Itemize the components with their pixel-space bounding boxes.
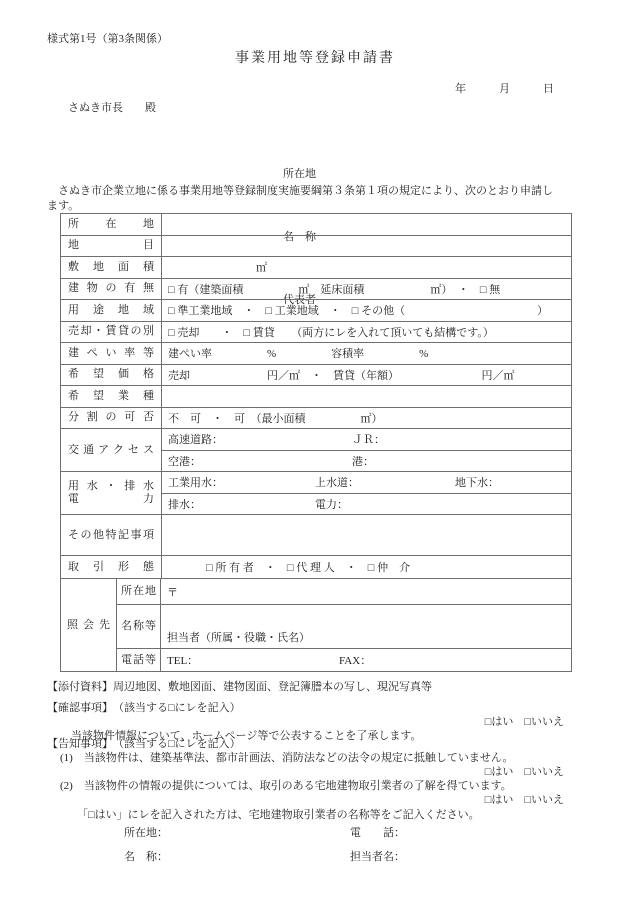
row-utilities-label-line2: 電力 [68, 493, 154, 506]
broker-phone-label: 電 話： [350, 826, 405, 840]
row-special-notes-value [162, 515, 571, 555]
utilities-subrow-1: 工業用水： 上水道： 地下水： [162, 472, 571, 493]
row-asking-price: 希望価格 売却 円／㎡ ・ 賃貸（年額） 円／㎡ [61, 365, 571, 387]
page-title: 事業用地等登録申請書 [0, 47, 630, 67]
row-zoning: 用途地域 □ 準工業地域 ・ □ 工業地域 ・ □ その他（ ） [61, 300, 571, 322]
row-zoning-label: 用途地域 [68, 304, 154, 317]
row-contact-group: 照会先 所在地 〒 名称等 担当者（所属・役職・氏名） 電話等 TEL： FA [61, 579, 571, 671]
confirmation-yes-no-checkboxes: □はい □いいえ [485, 715, 564, 729]
row-coverage-ratio: 建ぺい率等 建ぺい率 % 容積率 % [61, 343, 571, 365]
row-building-label: 建物の有無 [68, 282, 154, 295]
access-subrow-1: 高速道路： ＪＲ： [162, 429, 571, 450]
date-line: 年 月 日 [455, 80, 554, 96]
page: 様式第1号（第3条関係） 事業用地等登録申請書 年 月 日 さぬき市長 殿 所在… [0, 0, 630, 903]
row-access: 交通アクセス 高速道路： ＪＲ： 空港： 港： [61, 429, 571, 472]
waterworks-label: 上水道： [315, 474, 359, 490]
notice-item-2: (2) 当該物件の情報の提供については、取引のある宅地建物取引業者の了解を得てい… [60, 779, 512, 793]
row-coverage-ratio-label: 建ぺい率等 [68, 347, 154, 360]
contact-name-row: 名称等 担当者（所属・役職・氏名） [117, 604, 571, 648]
form-table: 所在地 地目 敷地面積 ㎡ 建物の有無 □ 有（建築面積 ㎡ 延床面積 ㎡） ・… [60, 213, 572, 672]
drainage-label: 排水： [168, 496, 201, 512]
contact-staff-label: 担当者（所属・役職・氏名） [167, 629, 310, 645]
electricity-label: 電力： [315, 496, 348, 512]
access-port-label: 港： [352, 453, 374, 469]
row-land-category-label: 地目 [68, 239, 154, 252]
contact-address-value: 〒 [161, 579, 571, 604]
row-transaction-type-value: □ 所 有 者 ・ □ 代 理 人 ・ □ 仲 介 [162, 556, 571, 578]
contact-address-row: 所在地 〒 [117, 579, 571, 604]
addressee: さぬき市長 殿 [68, 99, 156, 115]
applicant-location-label: 所在地 [283, 164, 316, 185]
access-subrow-2: 空港： 港： [162, 450, 571, 472]
row-location-value [162, 214, 571, 235]
industrial-water-label: 工業用水： [168, 474, 223, 490]
row-desired-industry-label: 希望業種 [68, 390, 154, 403]
contact-group-label: 照会先 [67, 619, 110, 632]
row-access-label: 交通アクセス [68, 444, 154, 457]
row-land-category-value [162, 236, 571, 257]
confirmation-heading: 【確認事項】 （該当する□にレを記入） [47, 701, 241, 715]
row-sale-or-lease-value: □ 売却 ・ □ 賃貸 （両方にレを入れて頂いても結構です。） [162, 322, 571, 343]
row-site-area: 敷地面積 ㎡ [61, 257, 571, 279]
notice-heading: 【告知事項】 （該当する□にレを記入） [47, 737, 241, 751]
row-special-notes-label: その他特記事項 [68, 529, 154, 542]
notice-item-1: (1) 当該物件は、建築基準法、都市計画法、消防法などの法令の規定に抵触していま… [60, 751, 513, 765]
row-asking-price-value: 売却 円／㎡ ・ 賃貸（年額） 円／㎡ [162, 365, 571, 386]
access-highway-label: 高速道路： [168, 431, 223, 447]
row-location: 所在地 [61, 214, 571, 236]
row-transaction-type: 取引形態 □ 所 有 者 ・ □ 代 理 人 ・ □ 仲 介 [61, 556, 571, 579]
row-building: 建物の有無 □ 有（建築面積 ㎡ 延床面積 ㎡） ・ □ 無 [61, 279, 571, 301]
contact-name-label: 名称等 [121, 620, 156, 633]
row-asking-price-label: 希望価格 [68, 368, 154, 381]
row-coverage-ratio-value: 建ぺい率 % 容積率 % [162, 343, 571, 364]
broker-staff-label: 担当者名： [350, 850, 405, 864]
row-site-area-label: 敷地面積 [68, 261, 154, 274]
broker-address-label: 所在地： [124, 826, 168, 840]
row-divisibility-label: 分割の可否 [68, 411, 154, 424]
row-building-value: □ 有（建築面積 ㎡ 延床面積 ㎡） ・ □ 無 [162, 279, 571, 300]
groundwater-label: 地下水： [455, 474, 499, 490]
row-sale-or-lease-label: 売却・賃貸の別 [68, 325, 154, 338]
row-utilities-label-line1: 用水・排水 [68, 480, 154, 493]
intro-paragraph: さぬき市企業立地に係る事業用地等登録制度実施要綱第３条第１項の規定により、次のと… [47, 184, 561, 214]
row-special-notes: その他特記事項 [61, 515, 571, 556]
row-zoning-value: □ 準工業地域 ・ □ 工業地域 ・ □ その他（ ） [162, 300, 571, 321]
form-number: 様式第1号（第3条関係） [47, 30, 168, 46]
row-land-category: 地目 [61, 236, 571, 258]
row-desired-industry-value [162, 386, 571, 407]
access-jr-label: ＪＲ： [352, 431, 385, 447]
row-divisibility: 分割の可否 不 可 ・ 可 （最小面積 ㎡） [61, 408, 571, 430]
broker-instruction: 「□はい」にレを記入された方は、宅地建物取引業者の名称等をご記入ください。 [77, 808, 480, 822]
contact-phone-label: 電話等 [121, 654, 156, 667]
row-location-label: 所在地 [68, 218, 154, 231]
row-sale-or-lease: 売却・賃貸の別 □ 売却 ・ □ 賃貸 （両方にレを入れて頂いても結構です。） [61, 322, 571, 344]
row-site-area-value: ㎡ [162, 257, 571, 278]
row-divisibility-value: 不 可 ・ 可 （最小面積 ㎡） [162, 408, 571, 429]
access-airport-label: 空港： [168, 453, 201, 469]
notice-item-2-yes-no-checkboxes: □はい □いいえ [60, 793, 564, 807]
utilities-subrow-2: 排水： 電力： [162, 493, 571, 515]
row-desired-industry: 希望業種 [61, 386, 571, 408]
contact-fax-label: FAX： [339, 652, 371, 668]
notice-item-1-yes-no-checkboxes: □はい □いいえ [60, 765, 564, 779]
broker-name-label: 名 称： [124, 850, 168, 864]
row-utilities: 用水・排水 電力 工業用水： 上水道： 地下水： 排水： 電力： [61, 472, 571, 515]
contact-address-label: 所在地 [121, 585, 156, 598]
row-transaction-type-label: 取引形態 [68, 561, 154, 574]
contact-tel-label: TEL： [167, 652, 198, 668]
contact-phone-row: 電話等 TEL： FAX： [117, 648, 571, 671]
attachments-note: 【添付資料】周辺地図、敷地図面、建物図面、登記簿謄本の写し、現況写真等 [47, 680, 432, 694]
